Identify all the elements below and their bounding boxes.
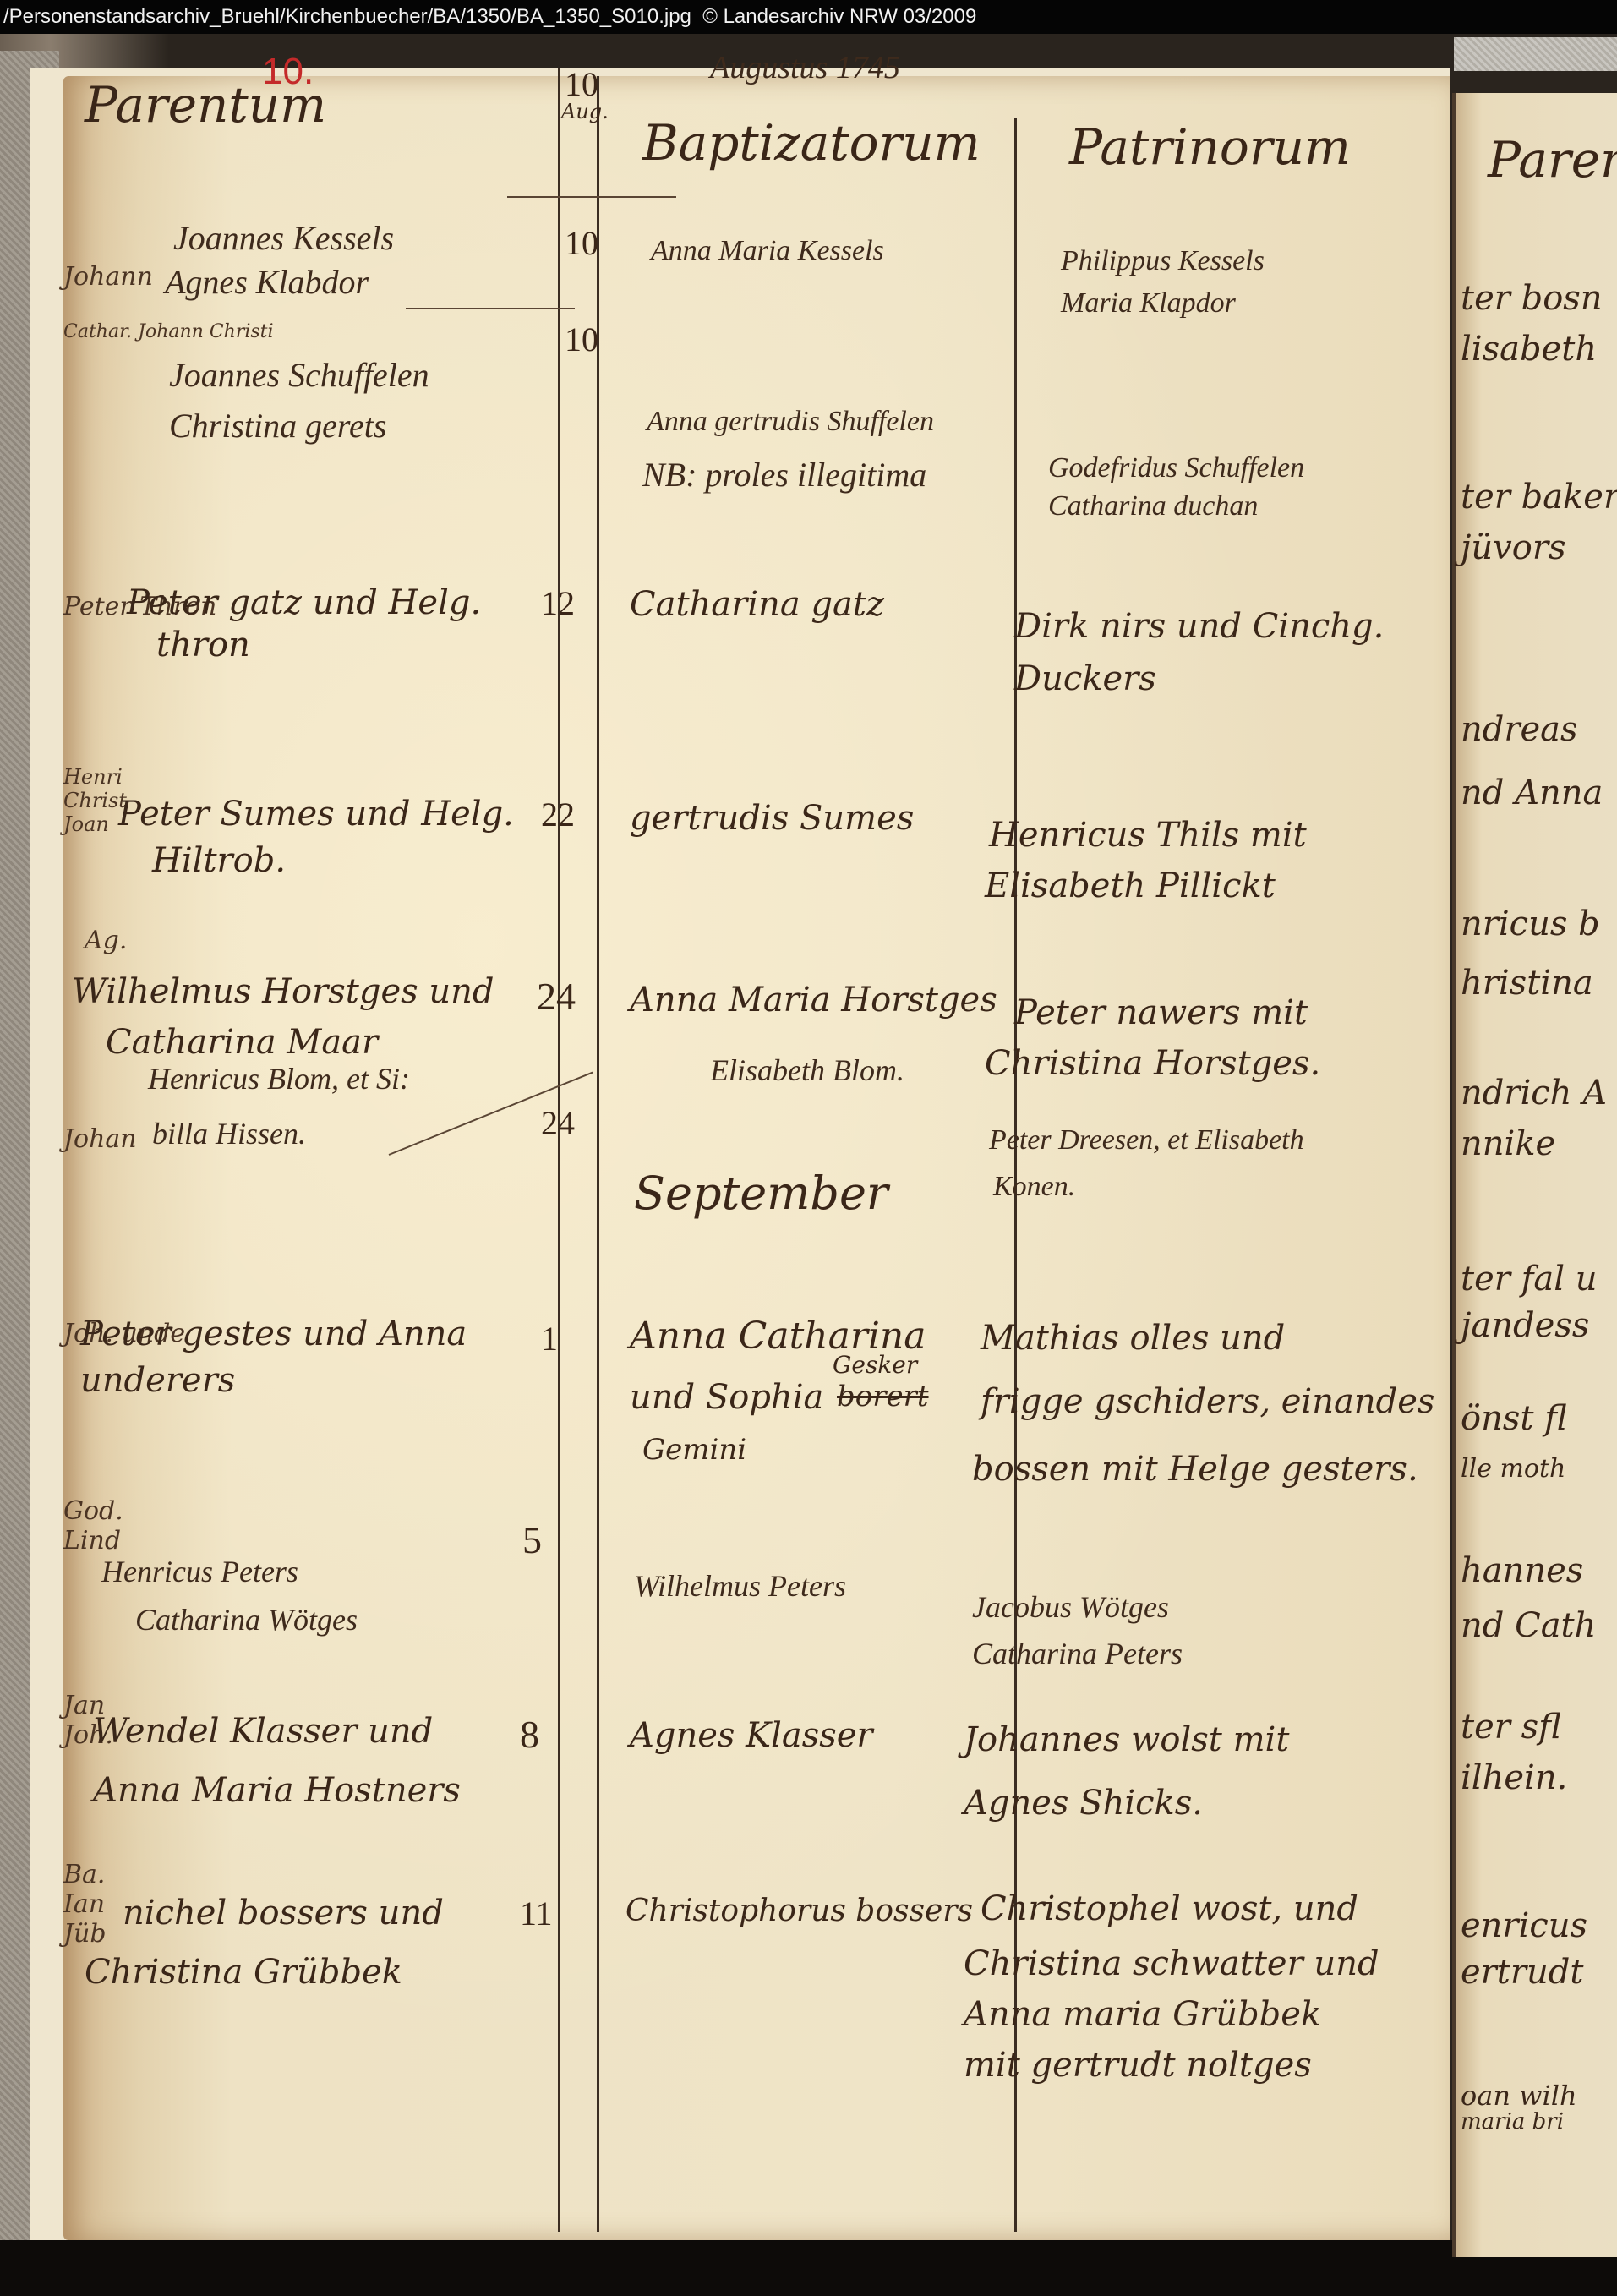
godparent-name: Dirk nirs und Cinchg. xyxy=(1014,607,1384,646)
baptized-name: Anna Maria Horstges xyxy=(630,981,997,1020)
godparent-name: Duckers xyxy=(1014,659,1156,698)
godparent-name: Johannes wolst mit xyxy=(964,1720,1289,1759)
parent-name: underers xyxy=(80,1361,235,1400)
parent-name: billa Hissen. xyxy=(152,1116,306,1151)
facing-page-text: ter baker xyxy=(1461,478,1617,517)
facing-page-text: nd Cath xyxy=(1461,1606,1596,1645)
baptism-day: 24 xyxy=(537,974,576,1019)
inserted-correction: Gesker xyxy=(833,1351,917,1379)
baptized-name: gertrudis Sumes xyxy=(630,799,914,838)
image-caption-bar: /Personenstandsarchiv_Bruehl/Kirchenbuec… xyxy=(0,0,1617,34)
baptized-name: Wilhelmus Peters xyxy=(634,1568,846,1604)
facing-page-text: lisabeth xyxy=(1461,330,1597,369)
godparent-name: Henricus Thils mit xyxy=(989,816,1307,855)
parent-name: Christina Grübbek xyxy=(85,1953,402,1992)
baptized-name: Elisabeth Blom. xyxy=(710,1052,904,1088)
margin-note: Johann xyxy=(63,262,153,292)
parent-name: thron xyxy=(156,626,250,664)
godparent-name: Agnes Shicks. xyxy=(964,1784,1203,1823)
godparent-name: Konen. xyxy=(993,1171,1075,1203)
baptism-day: 1 xyxy=(541,1319,558,1358)
parent-name: Wendel Klasser und xyxy=(93,1712,433,1751)
godparent-name: Elisabeth Pillickt xyxy=(985,866,1276,905)
archive-file-path: /Personenstandsarchiv_Bruehl/Kirchenbuec… xyxy=(3,5,691,28)
parent-name: Henricus Peters xyxy=(101,1554,298,1589)
rule-after-entry-1 xyxy=(406,308,575,309)
godparent-name: Godefridus Schuffelen xyxy=(1048,452,1304,484)
column-rule-date-right xyxy=(597,76,599,2232)
baptism-day: 5 xyxy=(522,1517,542,1562)
facing-page-text: nd Anna xyxy=(1461,774,1603,812)
baptized-name: Anna gertrudis Shuffelen xyxy=(647,406,934,438)
parent-name: Christina gerets xyxy=(169,406,386,446)
margin-note: Johan xyxy=(63,1124,137,1154)
parent-name: Peter gatz und Helg. xyxy=(127,583,481,622)
parent-name: Wilhelmus Horstges und xyxy=(72,972,494,1011)
margin-note: Ag. xyxy=(85,926,127,955)
margin-note: God. Lind xyxy=(63,1496,114,1555)
facing-page-text: ilhein. xyxy=(1461,1758,1567,1797)
parent-name: Henricus Blom, et Si: xyxy=(148,1061,410,1096)
parent-name: Joannes Schuffelen xyxy=(169,355,429,395)
month-year-heading: Augustus 1745 xyxy=(710,49,900,86)
godparent-name: Peter Dreesen, et Elisabeth xyxy=(989,1124,1304,1156)
facing-page-text: nnike xyxy=(1461,1124,1555,1163)
godparent-name: Catharina Peters xyxy=(972,1636,1183,1671)
binding-cloth-top-right xyxy=(1454,37,1617,71)
facing-page-text: hristina xyxy=(1461,964,1593,1003)
facing-page-text: ter bosn xyxy=(1461,279,1603,318)
baptism-day: 22 xyxy=(541,795,575,834)
baptized-name: Agnes Klasser xyxy=(630,1716,873,1755)
baptism-day: 24 xyxy=(541,1103,575,1143)
baptism-day: 10 xyxy=(565,320,598,359)
rule-after-entry-header xyxy=(507,196,676,198)
facing-page-text: jandess xyxy=(1461,1306,1589,1345)
facing-page-text: enricus xyxy=(1461,1906,1587,1945)
margin-note: Ba. Ian Jüb xyxy=(63,1860,114,1949)
copyright-notice: © Landesarchiv NRW 03/2009 xyxy=(702,5,976,28)
facing-page-text: maria bri xyxy=(1461,2109,1564,2135)
godparent-name: Jacobus Wötges xyxy=(972,1589,1169,1625)
baptism-day: 8 xyxy=(520,1712,539,1757)
baptism-day: 10 xyxy=(565,223,598,263)
margin-note: Cathar. Johann Christi xyxy=(63,321,274,342)
parent-name: Joannes Kessels xyxy=(173,218,394,258)
godparent-name: Maria Klapdor xyxy=(1061,287,1236,320)
baptized-name: und Sophia xyxy=(630,1378,823,1417)
godparent-name: mit gertrudt noltges xyxy=(964,2046,1312,2085)
facing-page-text: hannes xyxy=(1461,1551,1583,1590)
column-header-next-page: Parent xyxy=(1488,131,1617,189)
column-header-baptized: Baptizatorum xyxy=(642,114,981,172)
baptized-name: Christophorus bossers xyxy=(625,1894,973,1928)
parent-name: nichel bossers und xyxy=(123,1894,444,1932)
baptism-day: 12 xyxy=(541,583,575,623)
facing-page-text: nricus b xyxy=(1461,905,1600,943)
facing-page-text: ndreas xyxy=(1461,710,1578,749)
baptism-note: NB: proles illegitima xyxy=(642,455,926,495)
column-header-parents: Parentum xyxy=(85,76,326,134)
facing-page-text: ter fal u xyxy=(1461,1260,1598,1298)
godparent-name: Christina schwatter und xyxy=(964,1944,1379,1983)
facing-page-text: ndrich A xyxy=(1461,1074,1607,1112)
facing-page-text: oan wilh xyxy=(1461,2080,1577,2112)
godparent-name: Catharina duchan xyxy=(1048,490,1258,522)
baptism-day: 11 xyxy=(520,1894,553,1933)
margin-note: Henri Christ Joan xyxy=(63,765,123,836)
date-column-header-month: Aug. xyxy=(561,100,609,123)
parent-name: Catharina Maar xyxy=(106,1023,378,1062)
baptized-name: Catharina gatz xyxy=(630,585,884,624)
godparent-name: Anna maria Grübbek xyxy=(964,1995,1321,2034)
facing-page-text: lle moth xyxy=(1461,1454,1565,1484)
facing-page-text: önst fl xyxy=(1461,1399,1567,1438)
parent-name: Agnes Klabdor xyxy=(165,262,369,302)
baptized-name: Anna Maria Kessels xyxy=(651,235,884,267)
column-header-godparents: Patrinorum xyxy=(1069,118,1351,176)
parent-name: Peter gestes und Anna xyxy=(80,1315,467,1353)
godparent-name: Christina Horstges. xyxy=(985,1044,1320,1083)
facing-page-text: ter sfl xyxy=(1461,1708,1561,1747)
scan-bottom-shadow xyxy=(0,2240,1617,2296)
parent-name: Hiltrob. xyxy=(152,841,286,880)
month-heading-september: September xyxy=(634,1167,888,1220)
struck-word: borert xyxy=(837,1380,929,1413)
godparent-name: Christophel wost, und xyxy=(981,1889,1358,1928)
parent-name: Anna Maria Hostners xyxy=(93,1771,461,1810)
facing-page-text: jüvors xyxy=(1461,528,1566,567)
godparent-name: Peter nawers mit xyxy=(1014,993,1308,1032)
godparent-name: bossen mit Helge gesters. xyxy=(972,1450,1418,1489)
parent-name: Catharina Wötges xyxy=(135,1602,358,1637)
column-rule-date-left xyxy=(558,68,560,2232)
godparent-name: frigge gschiders, einandes xyxy=(981,1382,1434,1421)
baptism-note: Gemini xyxy=(642,1433,746,1467)
date-column-header-day: 10 xyxy=(565,64,598,104)
parent-name: Peter Sumes und Helg. xyxy=(118,795,514,834)
godparent-name: Philippus Kessels xyxy=(1061,245,1265,277)
godparent-name: Mathias olles und xyxy=(981,1319,1285,1358)
facing-page-text: ertrudt xyxy=(1461,1953,1583,1992)
